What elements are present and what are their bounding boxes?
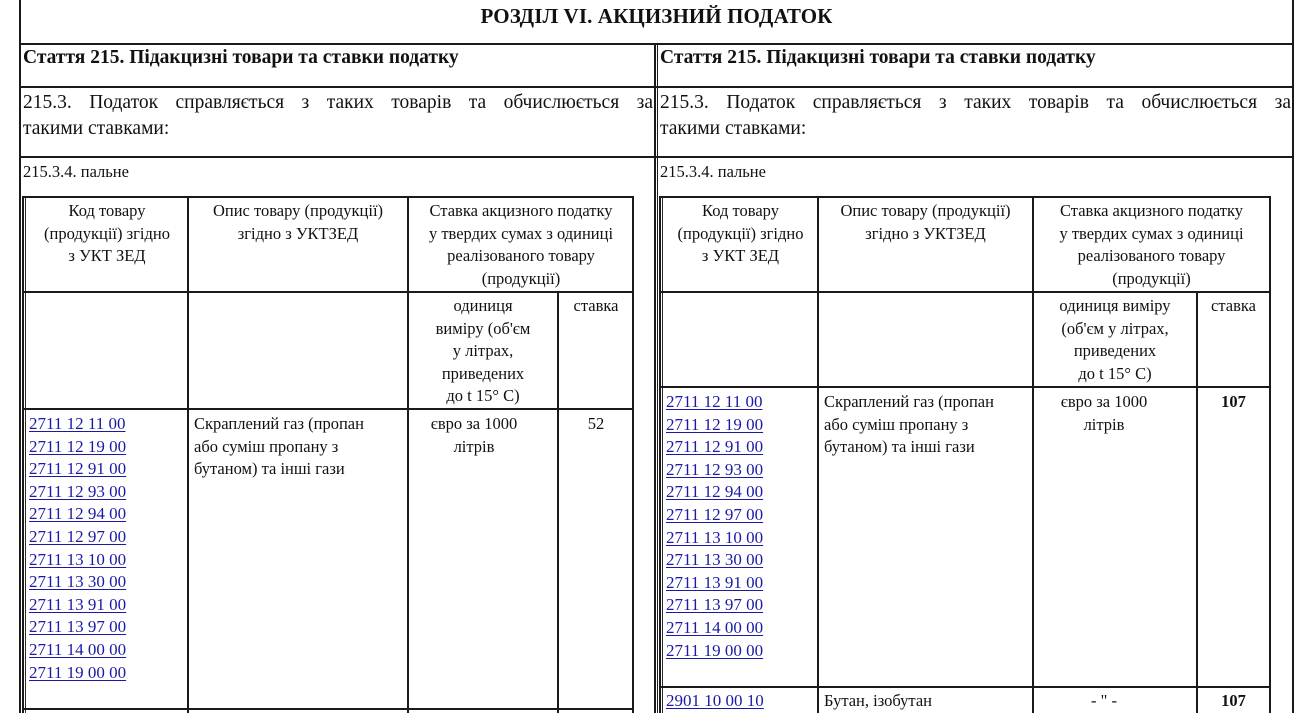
article-title-right: Стаття 215. Підакцизні товари та ставки … <box>660 47 1096 69</box>
product-code-link[interactable]: 2711 12 19 00 <box>29 436 185 459</box>
rate-cell: 52 <box>559 413 633 436</box>
tbl-top-border <box>659 196 1271 198</box>
tbl-subheader-bottom <box>659 386 1271 388</box>
center-divider <box>654 44 656 713</box>
product-code-link[interactable]: 2711 12 94 00 <box>29 503 185 526</box>
product-code-link[interactable]: 2711 12 91 00 <box>666 436 816 459</box>
paragraph-line-2: такими ставками: <box>23 116 653 142</box>
header-rate: ставка <box>559 295 633 318</box>
product-code-link[interactable]: 2711 12 11 00 <box>29 413 185 436</box>
description-line: Бутан, ізобутан <box>824 690 1032 713</box>
header-code-line: з УКТ ЗЕД <box>27 245 187 268</box>
paragraph-left: 215.3. Податок справляється з таких това… <box>23 90 653 142</box>
product-code-link[interactable]: 2711 12 93 00 <box>29 481 185 504</box>
subsection-left: 215.3.4. пальне <box>23 162 129 182</box>
header-rate-line: у твердих сумах з одиниці <box>409 223 633 246</box>
header-rate-line: реалізованого товару <box>409 245 633 268</box>
tbl-header-bottom <box>22 291 634 293</box>
tbl-col-sep-1 <box>187 196 189 713</box>
paragraph-right: 215.3. Податок справляється з таких това… <box>660 90 1291 142</box>
header-unit-line: (об'єм у літрах, <box>1034 318 1196 341</box>
header-code-line: Код товару <box>27 200 187 223</box>
product-code-link[interactable]: 2711 13 97 00 <box>29 616 185 639</box>
tbl-row1-bottom <box>659 686 1271 688</box>
header-rate-group: Ставка акцизного податку у твердих сумах… <box>1034 200 1269 290</box>
unit-line: - " - <box>1034 690 1174 713</box>
header-code-line: з УКТ ЗЕД <box>664 245 817 268</box>
header-description-line: згідно з УКТЗЕД <box>819 223 1032 246</box>
tbl-right-border <box>1269 196 1271 713</box>
description-line: бутаном) та інші гази <box>824 436 1032 459</box>
product-code-link[interactable]: 2711 13 30 00 <box>29 571 185 594</box>
description-line: або суміш пропану з <box>824 414 1032 437</box>
product-code-link[interactable]: 2711 14 00 00 <box>666 617 816 640</box>
tbl-left-border <box>22 196 24 713</box>
header-unit-line: одиниця <box>409 295 557 318</box>
product-code-link[interactable]: 2711 12 19 00 <box>666 414 816 437</box>
header-unit-line: до t 15° C) <box>1034 363 1196 386</box>
product-code-link[interactable]: 2711 12 91 00 <box>29 458 185 481</box>
header-code-line: Код товару <box>664 200 817 223</box>
tbl-top-border <box>22 196 634 198</box>
row-divider-3 <box>19 156 1294 158</box>
product-code-link[interactable]: 2711 19 00 00 <box>666 640 816 663</box>
codes-cell: 2901 10 00 10 <box>666 690 816 713</box>
header-rate: ставка <box>1198 295 1269 318</box>
header-unit-line: виміру (об'єм <box>409 318 557 341</box>
tbl-left-border <box>659 196 661 713</box>
unit-cell: - " - <box>1034 690 1174 713</box>
product-code-link[interactable]: 2711 19 00 00 <box>29 662 185 685</box>
header-rate-line: (продукції) <box>1034 268 1269 291</box>
header-unit: одиниця виміру (об'єм у літрах, приведен… <box>1034 295 1196 385</box>
header-rate-line: Ставка акцизного податку <box>1034 200 1269 223</box>
description-line: бутаном) та інші гази <box>194 458 406 481</box>
header-code: Код товару (продукції) згідно з УКТ ЗЕД <box>664 200 817 268</box>
section-title: РОЗДІЛ VI. АКЦИЗНИЙ ПОДАТОК <box>20 4 1293 29</box>
description-line: або суміш пропану з <box>194 436 406 459</box>
description-cell: Бутан, ізобутан <box>824 690 1032 713</box>
paragraph-line-1: 215.3. Податок справляється з таких това… <box>660 90 1291 116</box>
description-cell: Скраплений газ (пропан або суміш пропану… <box>194 413 406 481</box>
tbl-col-sep-3 <box>557 291 559 713</box>
rate-cell: 107 <box>1198 690 1269 713</box>
tbl-subheader-bottom <box>22 408 634 410</box>
product-code-link[interactable]: 2711 13 30 00 <box>666 549 816 572</box>
tbl-row1-bottom <box>22 708 634 710</box>
header-code-line: (продукції) згідно <box>27 223 187 246</box>
tbl-left-border-inner <box>25 197 26 713</box>
header-unit-line: приведених <box>409 363 557 386</box>
product-code-link[interactable]: 2711 12 97 00 <box>666 504 816 527</box>
header-rate-group: Ставка акцизного податку у твердих сумах… <box>409 200 633 290</box>
paragraph-line-1: 215.3. Податок справляється з таких това… <box>23 90 653 116</box>
product-code-link[interactable]: 2711 12 97 00 <box>29 526 185 549</box>
header-rate-line: Ставка акцизного податку <box>409 200 633 223</box>
header-rate-line: (продукції) <box>409 268 633 291</box>
paragraph-line-2: такими ставками: <box>660 116 1291 142</box>
header-unit-line: у літрах, <box>409 340 557 363</box>
product-code-link[interactable]: 2711 12 94 00 <box>666 481 816 504</box>
tbl-left-border-inner <box>662 197 663 713</box>
article-title-left: Стаття 215. Підакцизні товари та ставки … <box>23 47 459 69</box>
product-code-link[interactable]: 2711 14 00 00 <box>29 639 185 662</box>
header-unit: одиниця виміру (об'єм у літрах, приведен… <box>409 295 557 408</box>
header-description-line: Опис товару (продукції) <box>819 200 1032 223</box>
header-code: Код товару (продукції) згідно з УКТ ЗЕД <box>27 200 187 268</box>
unit-line: євро за 1000 <box>1034 391 1174 414</box>
center-divider-inner <box>657 44 658 713</box>
product-code-link[interactable]: 2711 13 97 00 <box>666 594 816 617</box>
header-description: Опис товару (продукції) згідно з УКТЗЕД <box>189 200 407 245</box>
description-cell: Скраплений газ (пропан або суміш пропану… <box>824 391 1032 459</box>
product-code-link[interactable]: 2711 13 91 00 <box>666 572 816 595</box>
product-code-link[interactable]: 2711 13 91 00 <box>29 594 185 617</box>
codes-cell: 2711 12 11 002711 12 19 002711 12 91 002… <box>29 413 185 684</box>
outer-border-right <box>1292 0 1294 713</box>
header-code-line: (продукції) згідно <box>664 223 817 246</box>
product-code-link[interactable]: 2901 10 00 10 <box>666 690 816 713</box>
product-code-link[interactable]: 2711 12 93 00 <box>666 459 816 482</box>
outer-border-left <box>19 0 21 713</box>
unit-line: літрів <box>1034 414 1174 437</box>
unit-line: літрів <box>409 436 539 459</box>
codes-cell: 2711 12 11 002711 12 19 002711 12 91 002… <box>666 391 816 662</box>
row-divider-1 <box>19 43 1294 45</box>
rate-cell: 107 <box>1198 391 1269 414</box>
header-rate-line: реалізованого товару <box>1034 245 1269 268</box>
subsection-right: 215.3.4. пальне <box>660 162 766 182</box>
product-code-link[interactable]: 2711 12 11 00 <box>666 391 816 414</box>
header-unit-line: одиниця виміру <box>1034 295 1196 318</box>
header-description-line: Опис товару (продукції) <box>189 200 407 223</box>
tbl-header-bottom <box>659 291 1271 293</box>
header-unit-line: до t 15° C) <box>409 385 557 408</box>
header-description-line: згідно з УКТЗЕД <box>189 223 407 246</box>
product-code-link[interactable]: 2711 13 10 00 <box>29 549 185 572</box>
unit-line: євро за 1000 <box>409 413 539 436</box>
row-divider-2 <box>19 86 1294 88</box>
header-rate-line: у твердих сумах з одиниці <box>1034 223 1269 246</box>
tbl-col-sep-1 <box>817 196 819 713</box>
description-line: Скраплений газ (пропан <box>194 413 406 436</box>
header-unit-line: приведених <box>1034 340 1196 363</box>
description-line: Скраплений газ (пропан <box>824 391 1032 414</box>
tbl-col-sep-3 <box>1196 291 1198 713</box>
unit-cell: євро за 1000 літрів <box>409 413 539 458</box>
product-code-link[interactable]: 2711 13 10 00 <box>666 527 816 550</box>
unit-cell: євро за 1000 літрів <box>1034 391 1174 436</box>
header-description: Опис товару (продукції) згідно з УКТЗЕД <box>819 200 1032 245</box>
